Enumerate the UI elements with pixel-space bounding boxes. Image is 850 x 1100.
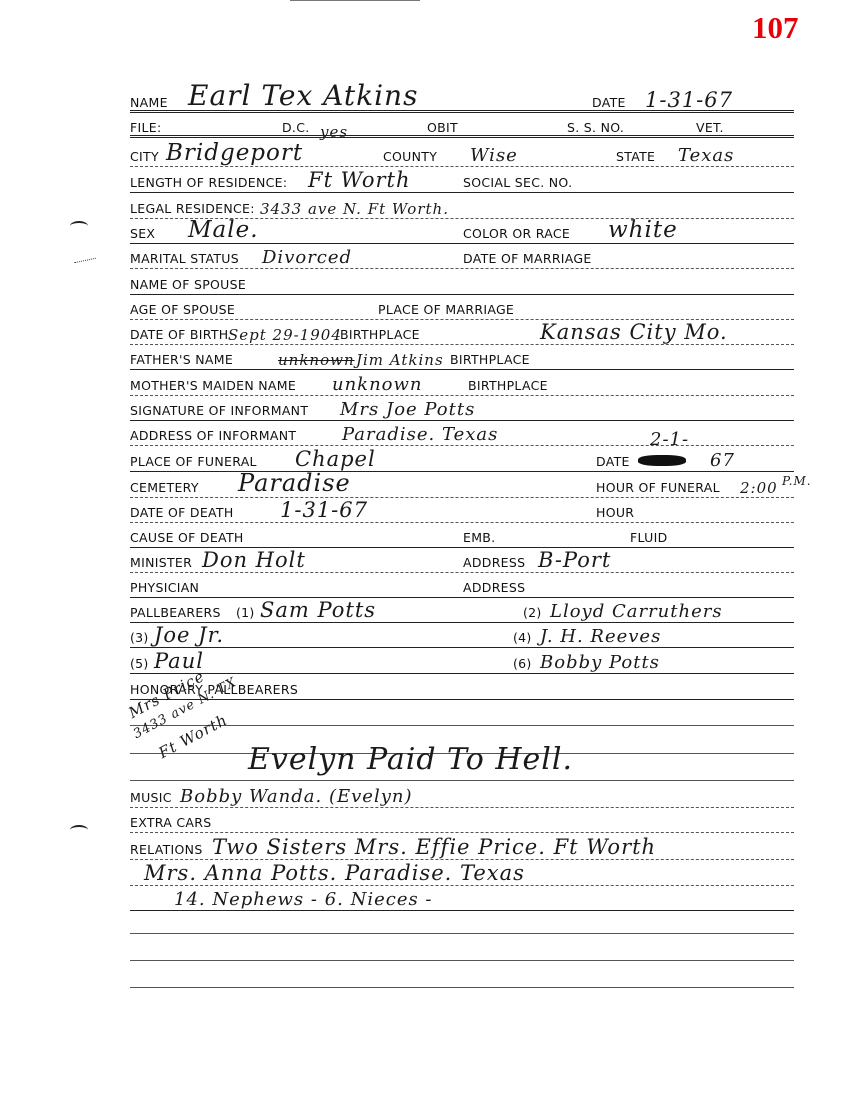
social-sec-no-label: SOCIAL SEC. NO.: [463, 175, 572, 190]
margin-hole-mark: [70, 221, 88, 231]
sex-value: Male.: [188, 217, 259, 243]
place-of-funeral-label: PLACE OF FUNERAL: [130, 454, 257, 469]
row-sex: SEX Male. COLOR OR RACE white: [130, 220, 794, 244]
date-of-birth-value: Sept 29-1904: [228, 326, 342, 344]
length-of-residence-value: Ft Worth: [308, 168, 411, 192]
pallbearer-num: (6): [513, 656, 532, 671]
row-rule: [130, 807, 794, 808]
row-rule: [130, 268, 794, 269]
music-label: MUSIC: [130, 790, 172, 805]
margin-dash-mark: [74, 258, 96, 264]
signature-of-informant-label: SIGNATURE OF INFORMANT: [130, 403, 308, 418]
blank-line: [130, 987, 794, 988]
minister-label: MINISTER: [130, 555, 192, 570]
row-rule: [130, 135, 794, 138]
pallbearer-num: (1): [236, 605, 255, 620]
row-rule: [130, 471, 794, 472]
row-name-of-spouse: NAME OF SPOUSE: [130, 271, 794, 295]
county-value: Wise: [470, 145, 518, 166]
row-relations-cont: Mrs. Anna Potts. Paradise. Texas: [130, 862, 794, 886]
hour-label: HOUR: [596, 505, 634, 520]
pallbearer-1-value: Sam Potts: [260, 598, 376, 622]
marital-status-label: MARITAL STATUS: [130, 251, 239, 266]
state-label: STATE: [616, 149, 655, 164]
row-length-of-residence: LENGTH OF RESIDENCE: Ft Worth SOCIAL SEC…: [130, 169, 794, 193]
row-place-of-funeral: PLACE OF FUNERAL Chapel DATE 67: [130, 448, 794, 472]
row-extra-cars: EXTRA CARS: [130, 809, 794, 833]
cause-of-death-label: CAUSE OF DEATH: [130, 530, 244, 545]
funeral-date-top-value: 2-1-: [650, 429, 689, 450]
place-of-marriage-label: PLACE OF MARRIAGE: [378, 302, 514, 317]
color-or-race-label: COLOR OR RACE: [463, 226, 570, 241]
address-of-informant-label: ADDRESS OF INFORMANT: [130, 428, 296, 443]
row-city: CITY Bridgeport COUNTY Wise STATE Texas: [130, 143, 794, 167]
row-rule: [130, 166, 794, 167]
pallbearer-num: (3): [130, 630, 149, 645]
vet-label: VET.: [696, 120, 724, 135]
row-rule: [130, 192, 794, 193]
row-relations: RELATIONS Two Sisters Mrs. Effie Price. …: [130, 836, 794, 860]
dc-value: yes: [320, 123, 348, 141]
place-of-funeral-value: Chapel: [295, 447, 376, 471]
relations-line: Mrs. Anna Potts. Paradise. Texas: [144, 861, 525, 885]
pallbearer-num: (5): [130, 656, 149, 671]
row-rule: [130, 859, 794, 860]
row-address-of-informant: ADDRESS OF INFORMANT Paradise. Texas 2-1…: [130, 422, 794, 446]
row-date-of-birth: DATE OF BIRTH Sept 29-1904 BIRTHPLACE Ka…: [130, 321, 794, 345]
fathers-name-label: FATHER'S NAME: [130, 352, 233, 367]
signature-of-informant-value: Mrs Joe Potts: [340, 399, 475, 420]
emb-label: EMB.: [463, 530, 495, 545]
row-rule: [130, 445, 794, 446]
row-mothers-maiden-name: MOTHER'S MAIDEN NAME unknown BIRTHPLACE: [130, 372, 794, 396]
ss-no-label: S. S. NO.: [567, 120, 624, 135]
file-label: FILE:: [130, 120, 161, 135]
physician-label: PHYSICIAN: [130, 580, 199, 595]
fathers-birthplace-label: BIRTHPLACE: [450, 352, 530, 367]
row-rule: [130, 369, 794, 370]
physician-address-label: ADDRESS: [463, 580, 525, 595]
row-rule: [130, 647, 794, 648]
row-rule: [130, 885, 794, 886]
age-of-spouse-label: AGE OF SPOUSE: [130, 302, 235, 317]
date-of-death-label: DATE OF DEATH: [130, 505, 234, 520]
name-value: Earl Tex Atkins: [188, 79, 418, 112]
hour-of-funeral-label: HOUR OF FUNERAL: [596, 480, 720, 495]
pallbearers-label: PALLBEARERS: [130, 605, 221, 620]
extra-cars-label: EXTRA CARS: [130, 815, 211, 830]
pallbearer-num: (2): [523, 605, 542, 620]
row-pallbearers-5-6: (5) Paul (6) Bobby Potts: [130, 650, 794, 674]
birthplace-label: BIRTHPLACE: [340, 327, 420, 342]
fathers-name-value: Jim Atkins: [356, 351, 444, 369]
cemetery-label: CEMETERY: [130, 480, 199, 495]
legal-residence-value: 3433 ave N. Ft Worth.: [260, 200, 449, 218]
row-rule: [130, 294, 794, 295]
honorary-pallbearers-value: Evelyn Paid To Hell.: [248, 742, 573, 777]
sex-label: SEX: [130, 226, 155, 241]
row-signature-of-informant: SIGNATURE OF INFORMANT Mrs Joe Potts: [130, 397, 794, 421]
page-number: 107: [752, 10, 799, 46]
row-rule: [130, 832, 794, 833]
row-fathers-name: FATHER'S NAME unknown Jim Atkins BIRTHPL…: [130, 346, 794, 370]
row-music: MUSIC Bobby Wanda. (Evelyn): [130, 784, 794, 808]
color-or-race-value: white: [608, 217, 678, 243]
row-cause-of-death: CAUSE OF DEATH EMB. FLUID: [130, 524, 794, 548]
relations-line: 14. Nephews - 6. Nieces -: [174, 889, 433, 910]
row-rule: [130, 110, 794, 113]
minister-address-label: ADDRESS: [463, 555, 525, 570]
row-rule: [130, 344, 794, 345]
funeral-date-label: DATE: [596, 454, 630, 469]
relations-label: RELATIONS: [130, 842, 203, 857]
row-date-of-death: DATE OF DEATH 1-31-67 HOUR: [130, 499, 794, 523]
funeral-date-value: 67: [710, 450, 735, 471]
row-relations-cont: 14. Nephews - 6. Nieces -: [130, 887, 794, 911]
obit-label: OBIT: [427, 120, 458, 135]
relations-line: Two Sisters Mrs. Effie Price. Ft Worth: [212, 835, 656, 859]
hour-of-funeral-suffix: P.M.: [782, 474, 812, 488]
minister-address-value: B-Port: [538, 548, 611, 572]
mothers-maiden-name-value: unknown: [332, 374, 423, 395]
row-minister: MINISTER Don Holt ADDRESS B-Port: [130, 549, 794, 573]
name-of-spouse-label: NAME OF SPOUSE: [130, 277, 246, 292]
date-of-birth-label: DATE OF BIRTH: [130, 327, 228, 342]
row-physician: PHYSICIAN ADDRESS: [130, 574, 794, 598]
row-rule: [130, 699, 794, 700]
marital-status-value: Divorced: [262, 247, 352, 268]
row-rule: [130, 243, 794, 244]
date-of-death-value: 1-31-67: [280, 498, 368, 522]
music-value: Bobby Wanda. (Evelyn): [180, 786, 412, 807]
address-of-informant-value: Paradise. Texas: [342, 424, 498, 445]
row-rule: [130, 572, 794, 573]
fluid-label: FLUID: [630, 530, 668, 545]
row-rule: [130, 420, 794, 421]
date-of-marriage-label: DATE OF MARRIAGE: [463, 251, 592, 266]
row-rule: [130, 395, 794, 396]
birthplace-value: Kansas City Mo.: [540, 320, 728, 344]
county-label: COUNTY: [383, 149, 437, 164]
row-legal-residence: LEGAL RESIDENCE: 3433 ave N. Ft Worth.: [130, 195, 794, 219]
row-rule: [130, 522, 794, 523]
hour-of-funeral-value: 2:00: [740, 479, 778, 497]
cemetery-value: Paradise: [238, 469, 351, 497]
row-cemetery: CEMETERY Paradise HOUR OF FUNERAL 2:00 P…: [130, 474, 794, 498]
top-edge-rule: [290, 0, 420, 1]
mothers-birthplace-label: BIRTHPLACE: [468, 378, 548, 393]
row-rule: [130, 673, 794, 674]
row-age-of-spouse: AGE OF SPOUSE PLACE OF MARRIAGE: [130, 296, 794, 320]
name-label: NAME: [130, 95, 168, 110]
city-value: Bridgeport: [166, 140, 303, 166]
date-value: 1-31-67: [645, 88, 733, 112]
pallbearer-2-value: Lloyd Carruthers: [550, 601, 723, 622]
row-name: NAME Earl Tex Atkins DATE 1-31-67: [130, 89, 794, 113]
minister-value: Don Holt: [202, 548, 306, 572]
legal-residence-label: LEGAL RESIDENCE:: [130, 201, 255, 216]
blank-line: [130, 933, 794, 934]
blank-line: [130, 780, 794, 781]
date-label: DATE: [592, 95, 626, 110]
pallbearer-4-value: J. H. Reeves: [540, 626, 661, 647]
row-pallbearers-1-2: PALLBEARERS (1) Sam Potts (2) Lloyd Carr…: [130, 599, 794, 623]
row-rule: [130, 597, 794, 598]
row-file: FILE: D.C. yes OBIT S. S. NO. VET.: [130, 114, 794, 138]
pallbearer-3-value: Joe Jr.: [154, 623, 224, 647]
row-marital-status: MARITAL STATUS Divorced DATE OF MARRIAGE: [130, 245, 794, 269]
row-pallbearers-3-4: (3) Joe Jr. (4) J. H. Reeves: [130, 624, 794, 648]
length-of-residence-label: LENGTH OF RESIDENCE:: [130, 175, 287, 190]
city-label: CITY: [130, 149, 159, 164]
state-value: Texas: [678, 145, 734, 166]
mothers-maiden-name-label: MOTHER'S MAIDEN NAME: [130, 378, 296, 393]
blank-line: [130, 960, 794, 961]
margin-hole-mark: [70, 825, 88, 835]
ink-blot: [638, 455, 686, 466]
dc-label: D.C.: [282, 120, 310, 135]
row-rule: [130, 497, 794, 498]
pallbearer-6-value: Bobby Potts: [540, 652, 660, 673]
fathers-name-struck-value: unknown: [278, 351, 355, 369]
pallbearer-num: (4): [513, 630, 532, 645]
row-rule: [130, 622, 794, 623]
row-rule: [130, 910, 794, 911]
